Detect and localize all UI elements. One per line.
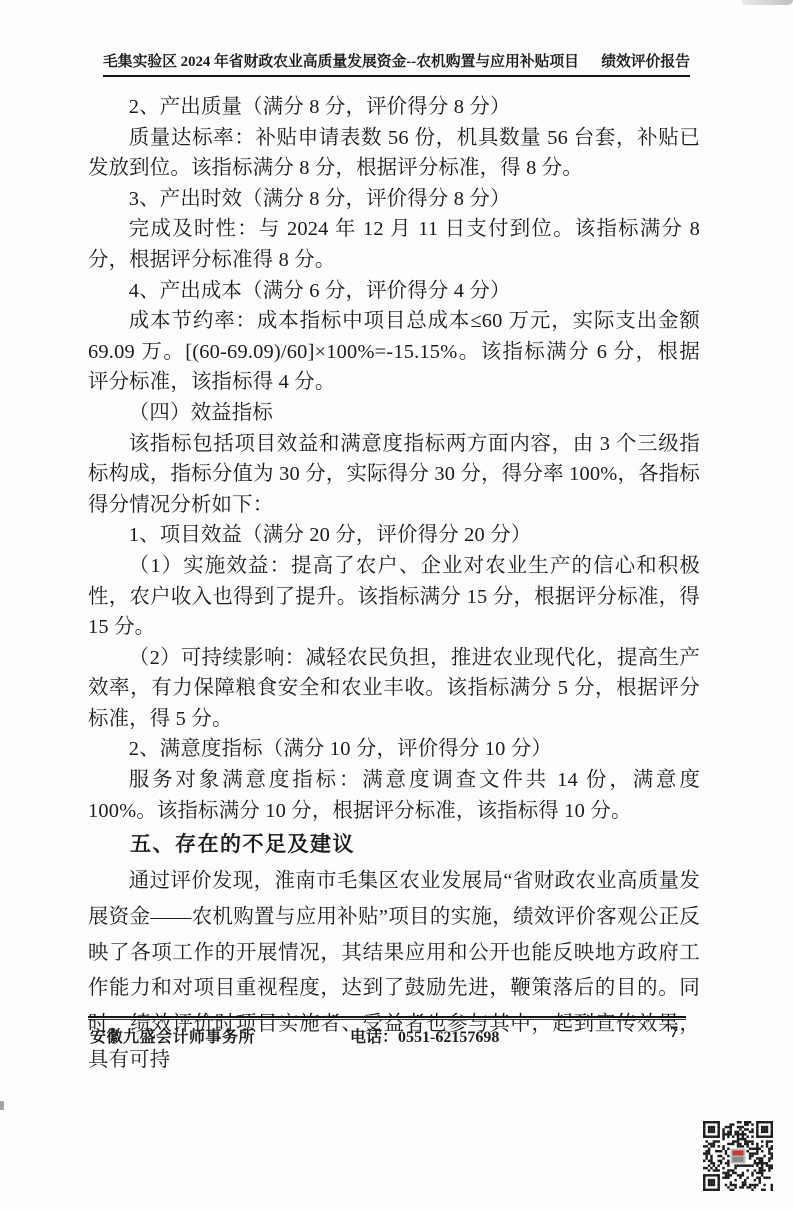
paragraph: （2）可持续影响：减轻农民负担，推进农业现代化，提高生产效率，有力保障粮食安全和… (88, 643, 700, 735)
footer-divider (88, 1016, 686, 1021)
paragraph: 3、产出时效（满分 8 分，评价得分 8 分） (88, 184, 700, 215)
page-number: 7 (670, 1024, 678, 1042)
section-heading: 五、存在的不足及建议 (88, 828, 700, 861)
paragraph: 服务对象满意度指标：满意度调查文件共 14 份，满意度 100%。该指标满分 1… (88, 765, 700, 826)
paragraph: 质量达标率：补贴申请表数 56 份，机具数量 56 台套，补贴已发放到位。该指标… (88, 123, 700, 184)
header-title: 毛集实验区 2024 年省财政农业高质量发展资金--农机购置与应用补贴项目 (103, 50, 579, 71)
footer-company-name: 安徽九盛会计师事务所 (90, 1024, 255, 1047)
footer-phone-number: 0551-62157698 (398, 1029, 499, 1046)
paragraph: （1）实施效益：提高了农户、企业对农业生产的信心和积极性，农户收入也得到了提升。… (88, 551, 700, 643)
qr-code (703, 1121, 773, 1191)
footer-phone: 电话：0551-62157698 (350, 1024, 499, 1047)
paragraph: 4、产出成本（满分 6 分，评价得分 4 分） (88, 276, 700, 307)
paragraph: 成本节约率：成本指标中项目总成本≤60 万元，实际支出金额 69.09 万。[(… (88, 306, 700, 398)
footer-phone-label: 电话： (350, 1029, 398, 1046)
page-footer: 安徽九盛会计师事务所 电话：0551-62157698 7 (88, 1024, 686, 1048)
paragraph: （四）效益指标 (88, 398, 700, 429)
header-doc-type: 绩效评价报告 (601, 50, 690, 71)
document-body: 2、产出质量（满分 8 分，评价得分 8 分） 质量达标率：补贴申请表数 56 … (88, 92, 700, 1078)
scan-artifact (742, 0, 793, 5)
paragraph: 该指标包括项目效益和满意度指标两方面内容，由 3 个三级指标构成，指标分值为 3… (88, 429, 700, 521)
page-header: 毛集实验区 2024 年省财政农业高质量发展资金--农机购置与应用补贴项目 绩效… (103, 50, 690, 77)
document-page: 毛集实验区 2024 年省财政农业高质量发展资金--农机购置与应用补贴项目 绩效… (0, 0, 793, 1209)
paragraph: 完成及时性：与 2024 年 12 月 11 日支付到位。该指标满分 8 分，根… (88, 214, 700, 275)
paragraph: 1、项目效益（满分 20 分，评价得分 20 分） (88, 520, 700, 551)
paragraph: 2、产出质量（满分 8 分，评价得分 8 分） (88, 92, 700, 123)
scan-artifact (0, 1101, 4, 1110)
paragraph: 2、满意度指标（满分 10 分，评价得分 10 分） (88, 734, 700, 765)
